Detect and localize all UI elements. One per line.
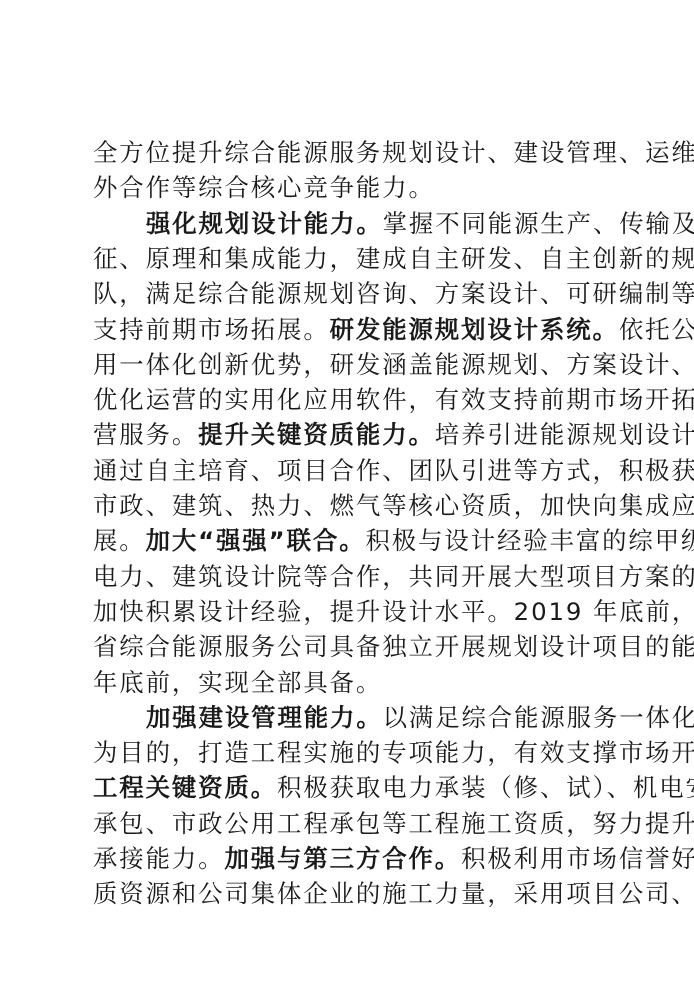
text-line: 加强建设管理能力。以满足综合能源服务一体化项目建设	[146, 700, 606, 735]
bold-heading-text: 加大“强强”联合。	[146, 526, 366, 555]
body-text: 承接能力。	[93, 844, 224, 873]
body-text: 省综合能源服务公司具备独立开展规划设计项目的能力；2020	[93, 632, 694, 661]
text-line: 承包、市政公用工程承包等工程施工资质，努力提升工程项目	[93, 806, 605, 841]
body-text: 积极获取电力承装（修、试）、机电安装工程	[277, 773, 694, 802]
body-text: 依托公司产科研	[619, 315, 694, 344]
text-line: 承接能力。加强与第三方合作。积极利用市场信誉好的社会优	[93, 841, 605, 876]
bold-heading-text: 提升关键资质能力。	[198, 420, 435, 449]
body-text: 支持前期市场拓展。	[93, 315, 330, 344]
body-text: 积极与设计经验丰富的综甲级以上的	[366, 526, 694, 555]
body-text: 承包、市政公用工程承包等工程施工资质，努力提升工程项目	[93, 809, 694, 838]
bold-heading-text: 工程关键资质。	[93, 773, 277, 802]
text-line: 队，满足综合能源规划咨询、方案设计、可研编制等市场需要，	[93, 276, 605, 311]
text-line: 年底前，实现全部具备。	[93, 665, 605, 700]
text-line: 展。加大“强强”联合。积极与设计经验丰富的综甲级以上的	[93, 523, 605, 558]
body-text: 以满足综合能源服务一体化项目建设	[383, 703, 694, 732]
text-line: 工程关键资质。积极获取电力承装（修、试）、机电安装工程	[93, 770, 605, 805]
body-text: 积极利用市场信誉好的社会优	[461, 844, 694, 873]
bold-heading-text: 加强建设管理能力。	[146, 703, 383, 732]
body-text: 培养引进能源规划设计专业人才，	[435, 420, 694, 449]
text-line: 支持前期市场拓展。研发能源规划设计系统。依托公司产科研	[93, 312, 605, 347]
text-line: 市政、建筑、热力、燃气等核心资质，加快向集成应用领域拓	[93, 488, 605, 523]
body-text: 外合作等综合核心竞争能力。	[93, 173, 435, 202]
body-text: 征、原理和集成能力，建成自主研发、自主创新的规划设计团	[93, 244, 694, 273]
body-text: 全方位提升综合能源服务规划设计、建设管理、运维服务和对	[93, 138, 694, 167]
text-line: 强化规划设计能力。掌握不同能源生产、传输及消费的特	[146, 206, 606, 241]
text-line: 电力、建筑设计院等合作，共同开展大型项目方案的联合设计，	[93, 559, 605, 594]
body-text: 质资源和公司集体企业的施工力量，采用项目公司、工程合作	[93, 879, 694, 908]
body-text: 用一体化创新优势，研发涵盖能源规划、方案设计、设备选型、	[93, 350, 694, 379]
text-line: 外合作等综合核心竞争能力。	[93, 170, 605, 205]
body-text: 年底前，实现全部具备。	[93, 668, 382, 697]
body-text: 队，满足综合能源规划咨询、方案设计、可研编制等市场需要，	[93, 279, 694, 308]
body-text: 营服务。	[93, 420, 198, 449]
text-line: 全方位提升综合能源服务规划设计、建设管理、运维服务和对	[93, 135, 605, 170]
text-line: 优化运营的实用化应用软件，有效支持前期市场开拓和后期运	[93, 382, 605, 417]
body-text: 展。	[93, 526, 146, 555]
body-text: 加快积累设计经验，提升设计水平。2019 年底前，实现 50%的	[93, 597, 694, 626]
body-text: 电力、建筑设计院等合作，共同开展大型项目方案的联合设计，	[93, 562, 694, 591]
body-text: 通过自主培育、项目合作、团队引进等方式，积极获取暖通、	[93, 456, 694, 485]
text-line: 营服务。提升关键资质能力。培养引进能源规划设计专业人才，	[93, 417, 605, 452]
text-line: 省综合能源服务公司具备独立开展规划设计项目的能力；2020	[93, 629, 605, 664]
body-text: 市政、建筑、热力、燃气等核心资质，加快向集成应用领域拓	[93, 491, 694, 520]
bold-heading-text: 加强与第三方合作。	[224, 844, 461, 873]
text-line: 征、原理和集成能力，建成自主研发、自主创新的规划设计团	[93, 241, 605, 276]
text-line: 质资源和公司集体企业的施工力量，采用项目公司、工程合作	[93, 876, 605, 911]
body-text: 为目的，打造工程实施的专项能力，有效支撑市场开拓。	[93, 738, 694, 767]
text-line: 加快积累设计经验，提升设计水平。2019 年底前，实现 50%的	[93, 594, 605, 629]
text-line: 为目的，打造工程实施的专项能力，有效支撑市场开拓。获取	[93, 735, 605, 770]
body-text: 掌握不同能源生产、传输及消费的特	[383, 209, 694, 238]
text-line: 用一体化创新优势，研发涵盖能源规划、方案设计、设备选型、	[93, 347, 605, 382]
bold-heading-text: 研发能源规划设计系统。	[330, 315, 619, 344]
bold-heading-text: 强化规划设计能力。	[146, 209, 383, 238]
body-text: 优化运营的实用化应用软件，有效支持前期市场开拓和后期运	[93, 385, 694, 414]
document-page: 全方位提升综合能源服务规划设计、建设管理、运维服务和对外合作等综合核心竞争能力。…	[0, 0, 694, 982]
text-line: 通过自主培育、项目合作、团队引进等方式，积极获取暖通、	[93, 453, 605, 488]
